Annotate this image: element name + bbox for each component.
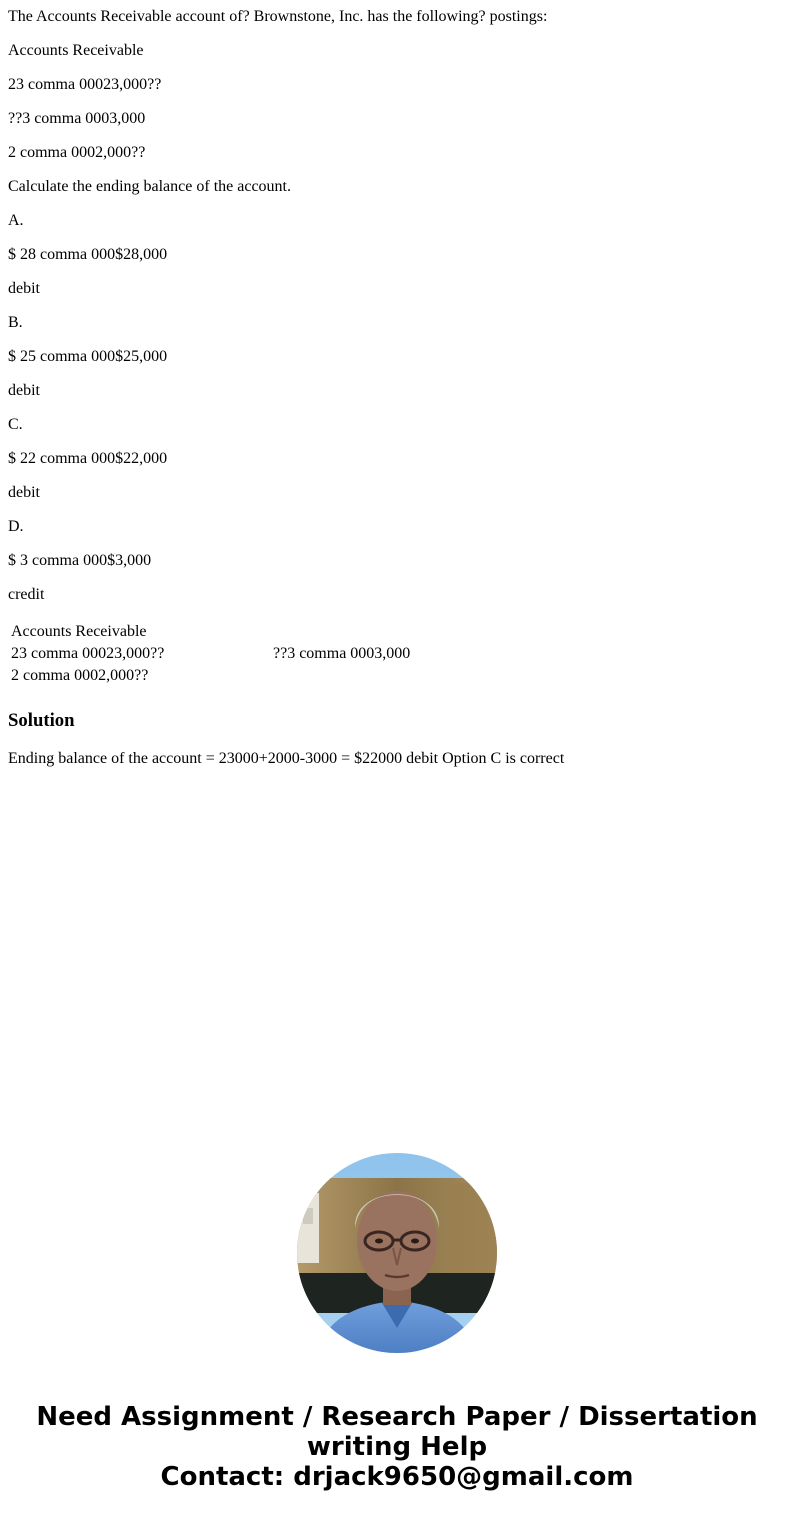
option-a-letter: A. bbox=[8, 212, 24, 230]
solution-text: Ending balance of the account = 23000+20… bbox=[8, 750, 564, 768]
ledger-credit-cell bbox=[272, 666, 411, 686]
posting-line: 23 comma 00023,000?? bbox=[8, 76, 161, 94]
promo-contact: Contact: drjack9650@gmail.com bbox=[0, 1462, 794, 1492]
option-a-amount: $ 28 comma 000$28,000 bbox=[8, 246, 167, 264]
option-d-letter: D. bbox=[8, 518, 24, 536]
ledger-debit-cell: 2 comma 0002,000?? bbox=[10, 666, 270, 686]
option-c-letter: C. bbox=[8, 416, 23, 434]
option-d-amount: $ 3 comma 000$3,000 bbox=[8, 552, 151, 570]
table-row: 2 comma 0002,000?? bbox=[10, 666, 411, 686]
option-a-side: debit bbox=[8, 280, 40, 298]
promo-line: Need Assignment / Research Paper / Disse… bbox=[0, 1402, 794, 1432]
ledger-title: Accounts Receivable bbox=[10, 622, 270, 642]
author-photo-icon bbox=[297, 1153, 497, 1353]
option-c-side: debit bbox=[8, 484, 40, 502]
table-row: 23 comma 00023,000?? ??3 comma 0003,000 bbox=[10, 644, 411, 664]
author-avatar bbox=[297, 1153, 497, 1353]
table-row: Accounts Receivable bbox=[10, 622, 411, 642]
question-intro: The Accounts Receivable account of? Brow… bbox=[8, 8, 547, 26]
question-prompt: Calculate the ending balance of the acco… bbox=[8, 178, 291, 196]
option-b-letter: B. bbox=[8, 314, 23, 332]
option-c-amount: $ 22 comma 000$22,000 bbox=[8, 450, 167, 468]
promo-line: writing Help bbox=[0, 1432, 794, 1462]
promo-banner: Need Assignment / Research Paper / Disse… bbox=[0, 1402, 794, 1492]
solution-heading: Solution bbox=[8, 709, 75, 733]
ledger-credit-cell: ??3 comma 0003,000 bbox=[272, 644, 411, 664]
ledger-table: Accounts Receivable 23 comma 00023,000??… bbox=[8, 620, 413, 688]
account-title: Accounts Receivable bbox=[8, 42, 144, 60]
option-b-amount: $ 25 comma 000$25,000 bbox=[8, 348, 167, 366]
ledger-cell bbox=[272, 622, 411, 642]
posting-line: ??3 comma 0003,000 bbox=[8, 110, 145, 128]
ledger-debit-cell: 23 comma 00023,000?? bbox=[10, 644, 270, 664]
posting-line: 2 comma 0002,000?? bbox=[8, 144, 145, 162]
option-d-side: credit bbox=[8, 586, 44, 604]
option-b-side: debit bbox=[8, 382, 40, 400]
